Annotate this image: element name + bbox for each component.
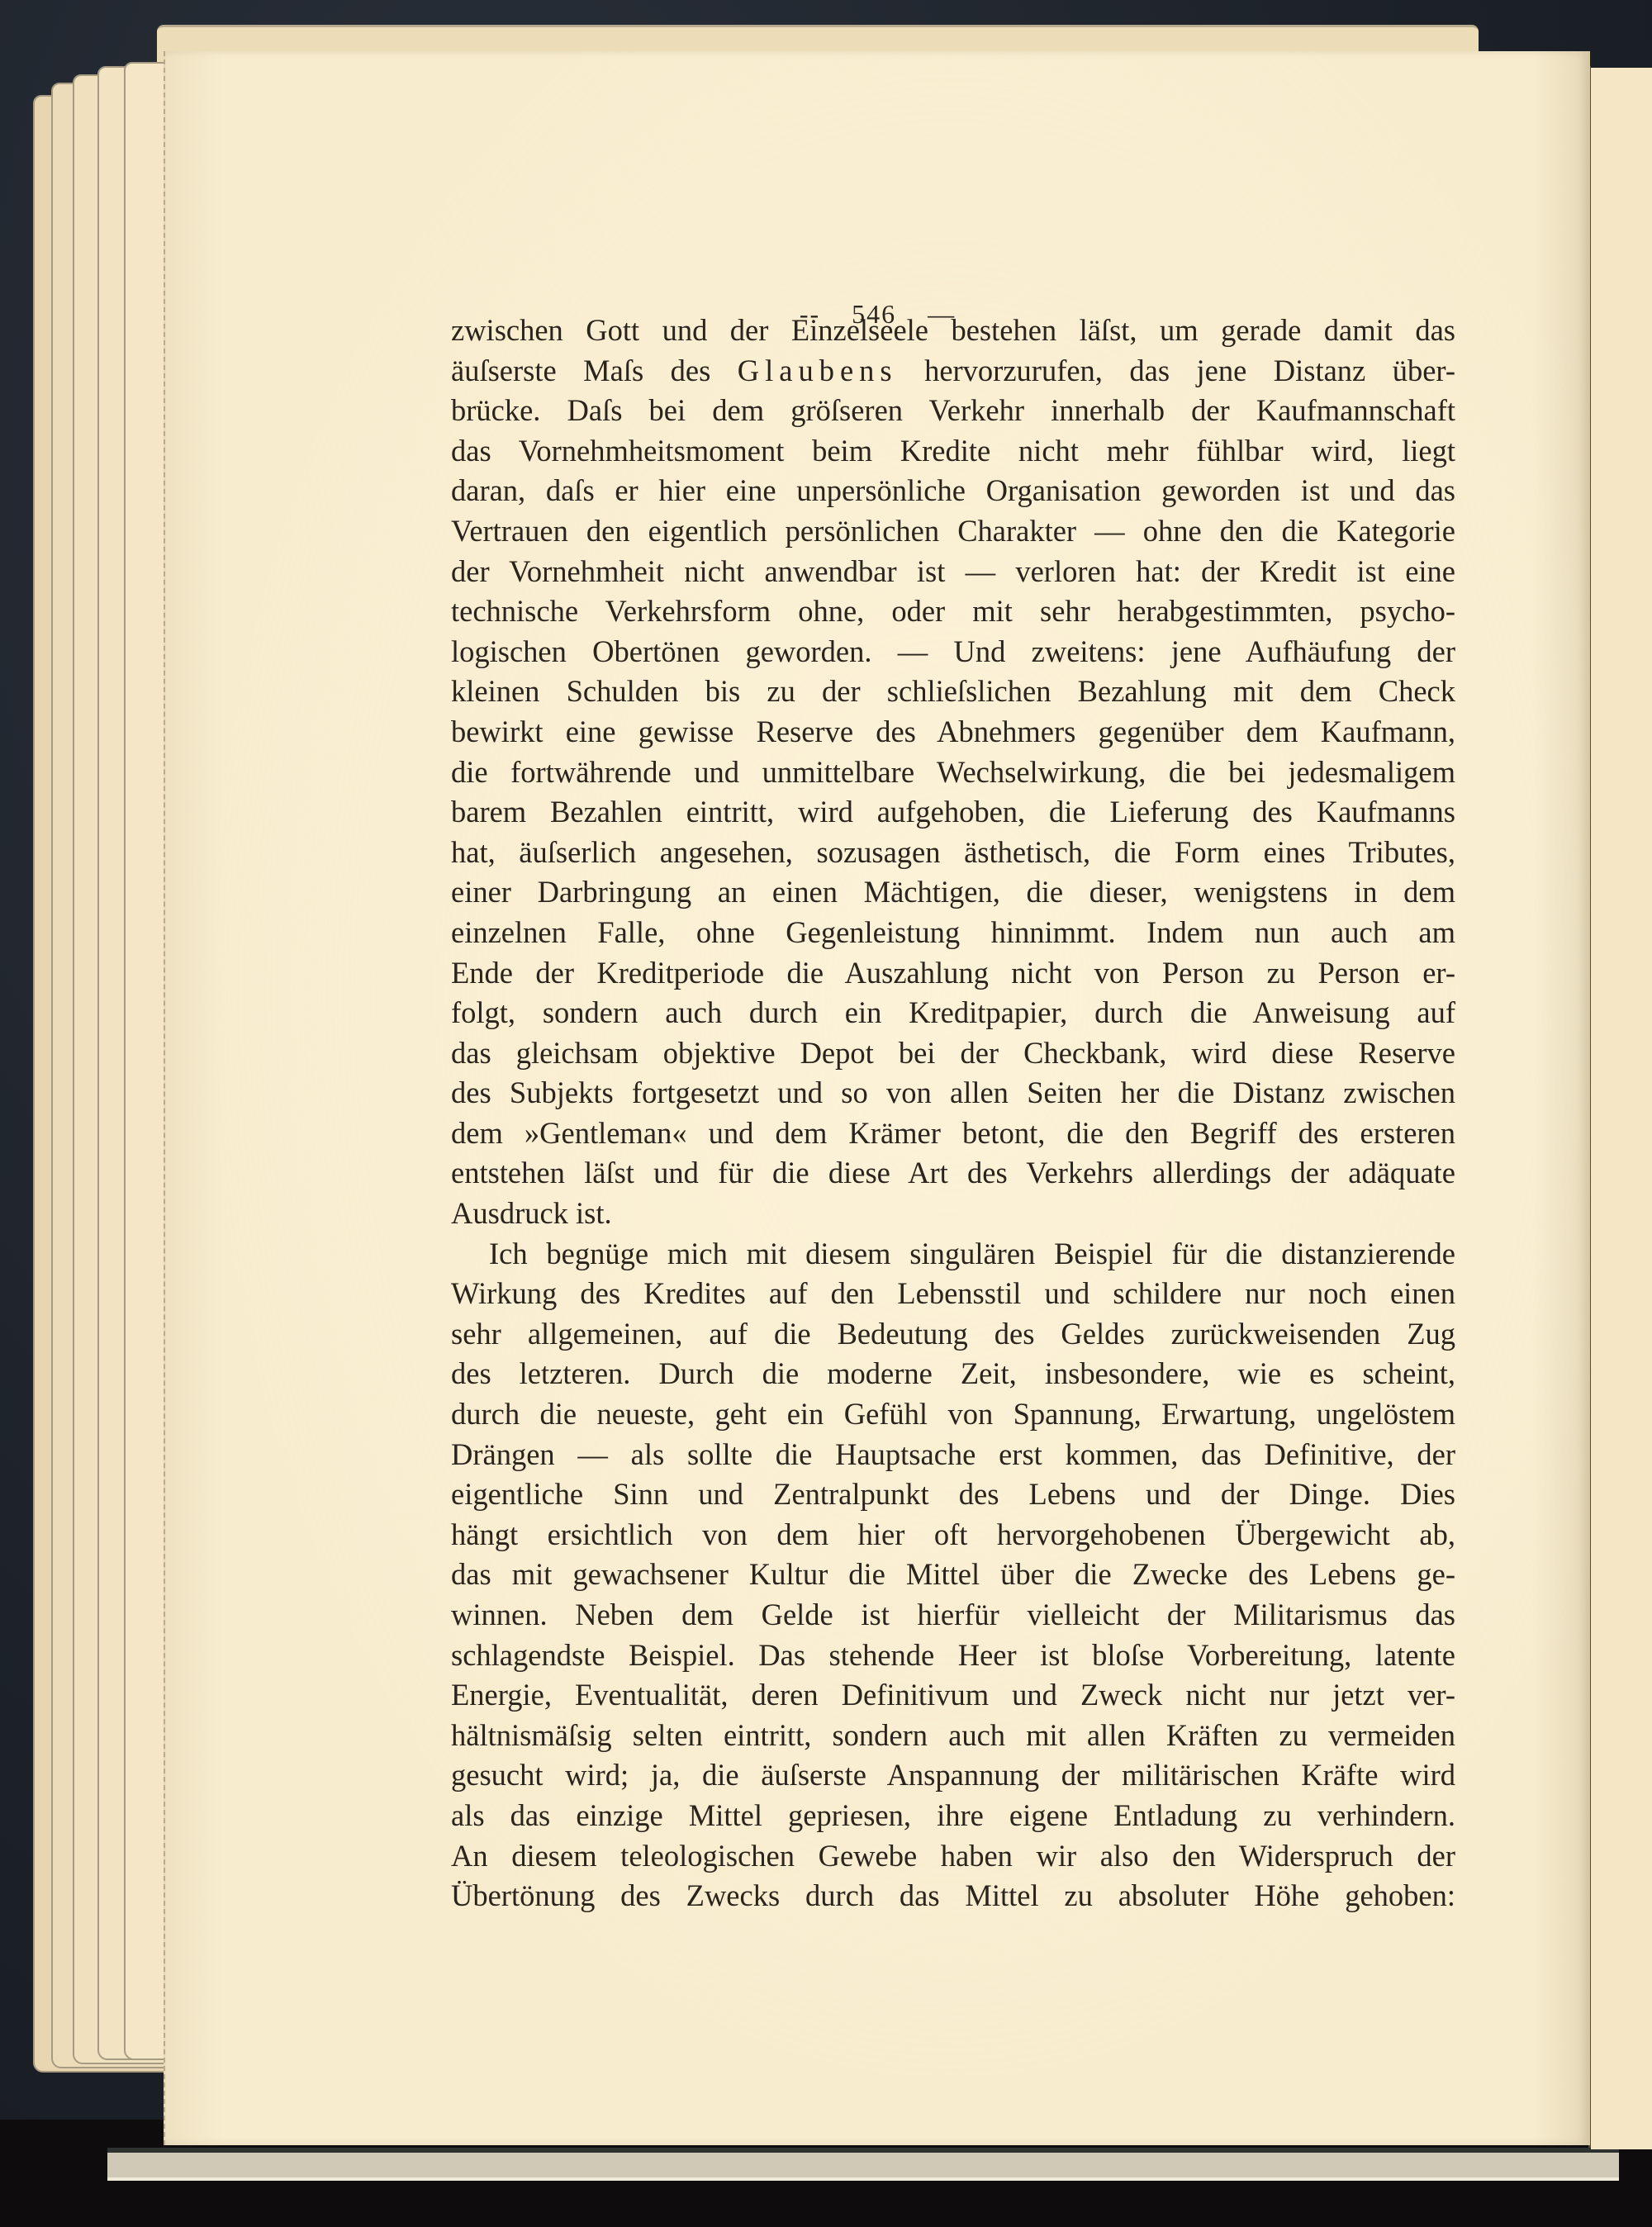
- text-line: daran, daſs er hier eine unpersönliche O…: [451, 471, 1455, 511]
- paragraph-2: Ich begnüge mich mit diesem singulären B…: [451, 1234, 1455, 1916]
- text-line: das gleichsam objektive Depot bei der Ch…: [451, 1033, 1455, 1074]
- text-line: Ich begnüge mich mit diesem singulären B…: [451, 1234, 1455, 1275]
- text-line: schlagendste Beispiel. Das stehende Heer…: [451, 1636, 1455, 1676]
- text-line: Ausdruck ist.: [451, 1194, 1455, 1234]
- text-line: An diesem teleologischen Gewebe haben wi…: [451, 1836, 1455, 1877]
- text-line: gesucht wird; ja, die äuſserste Anspannu…: [451, 1755, 1455, 1796]
- text-line: einzelnen Falle, ohne Gegenleistung hinn…: [451, 913, 1455, 953]
- text-line: einer Darbringung an einen Mächtigen, di…: [451, 872, 1455, 913]
- text-line: Vertrauen den eigentlich persönlichen Ch…: [451, 511, 1455, 552]
- text-line: logischen Obertönen geworden. — Und zwei…: [451, 632, 1455, 672]
- text-line: folgt, sondern auch durch ein Kreditpapi…: [451, 993, 1455, 1033]
- text-line: des letzteren. Durch die moderne Zeit, i…: [451, 1354, 1455, 1394]
- spaced-emphasis: Glaubens: [738, 354, 898, 387]
- text-fragment: hervorzurufen, das jene Distanz über-: [898, 354, 1455, 387]
- text-line: des Subjekts fortgesetzt und so von alle…: [451, 1073, 1455, 1113]
- text-line: Energie, Eventualität, deren Definitivum…: [451, 1675, 1455, 1716]
- text-line: barem Bezahlen eintritt, wird aufgehoben…: [451, 792, 1455, 833]
- text-line: hängt ersichtlich von dem hier oft hervo…: [451, 1515, 1455, 1555]
- facing-page-edge: [1591, 68, 1652, 2149]
- text-line: Ende der Kreditperiode die Auszahlung ni…: [451, 953, 1455, 994]
- text-line: der Vornehmheit nicht anwendbar ist — ve…: [451, 552, 1455, 592]
- paragraph-1: zwischen Gott und der Einzelseele besteh…: [451, 311, 1455, 1234]
- text-line: das Vornehmheitsmoment beim Kredite nich…: [451, 431, 1455, 472]
- text-line: durch die neueste, geht ein Gefühl von S…: [451, 1394, 1455, 1435]
- text-line: winnen. Neben dem Gelde ist hierfür viel…: [451, 1595, 1455, 1636]
- book-bottom-edge: [107, 2148, 1619, 2181]
- text-line-emphasis: äuſserste Maſs des Glaubens hervorzurufe…: [451, 351, 1455, 392]
- text-line: hältnismäſsig selten eintritt, sondern a…: [451, 1716, 1455, 1756]
- text-line: brücke. Daſs bei dem gröſseren Verkehr i…: [451, 391, 1455, 431]
- text-line: kleinen Schulden bis zu der schlieſslich…: [451, 672, 1455, 712]
- text-line: zwischen Gott und der Einzelseele besteh…: [451, 311, 1455, 351]
- text-line: Wirkung des Kredites auf den Lebensstil …: [451, 1274, 1455, 1314]
- text-line: als das einzige Mittel gepriesen, ihre e…: [451, 1796, 1455, 1836]
- text-line: sehr allgemeinen, auf die Bedeutung des …: [451, 1314, 1455, 1355]
- text-line: eigentliche Sinn und Zentralpunkt des Le…: [451, 1474, 1455, 1515]
- text-line: die fortwährende und unmittelbare Wechse…: [451, 753, 1455, 793]
- text-fragment: äuſserste Maſs des: [451, 354, 738, 387]
- text-line: dem »Gentleman« und dem Krämer betont, d…: [451, 1113, 1455, 1154]
- text-line: Übertönung des Zwecks durch das Mittel z…: [451, 1876, 1455, 1916]
- body-text: zwischen Gott und der Einzelseele besteh…: [451, 311, 1455, 1916]
- text-line: bewirkt eine gewisse Reserve des Abnehme…: [451, 712, 1455, 753]
- text-line: Drängen — als sollte die Hauptsache erst…: [451, 1435, 1455, 1475]
- text-line: das mit gewachsener Kultur die Mittel üb…: [451, 1555, 1455, 1595]
- text-line: entstehen läſst und für die diese Art de…: [451, 1153, 1455, 1194]
- text-line: hat, äuſserlich angesehen, sozusagen äst…: [451, 833, 1455, 873]
- text-line: technische Verkehrsform ohne, oder mit s…: [451, 591, 1455, 632]
